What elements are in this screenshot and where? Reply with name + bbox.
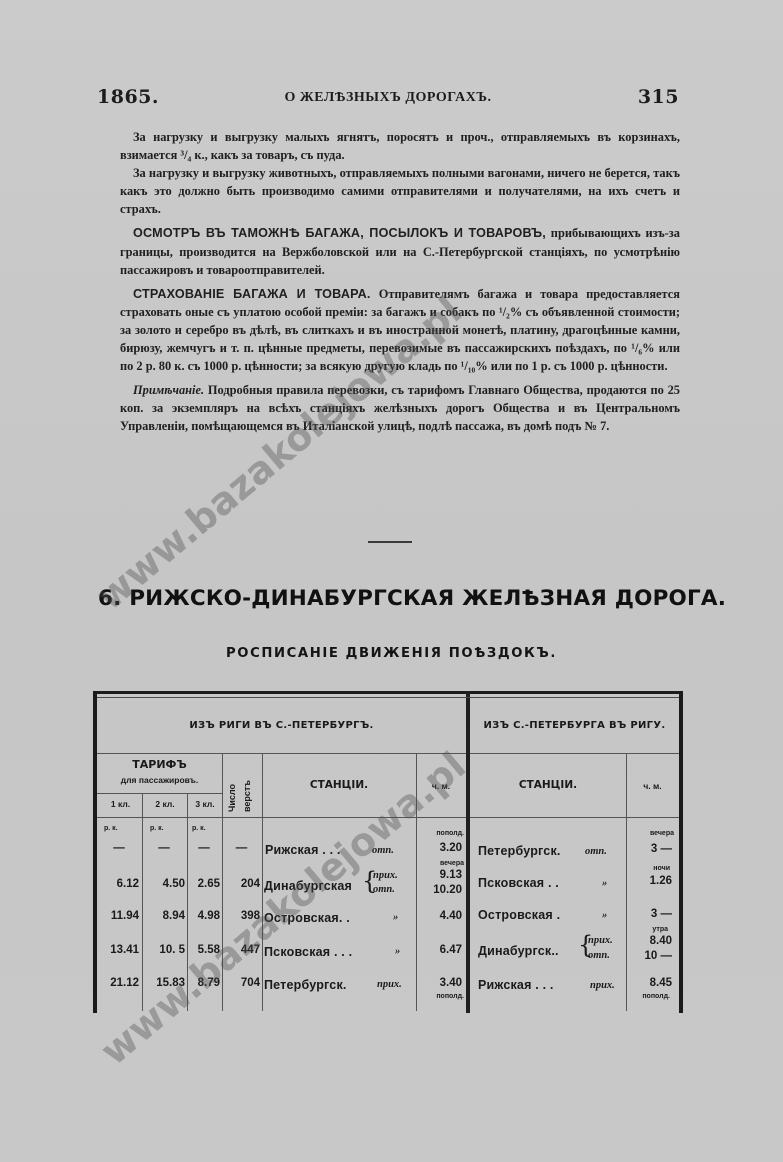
r-row3-time-arr: 8.40	[628, 935, 672, 947]
versts-header-1: Число	[227, 784, 237, 812]
r-row0-time: 3 —	[628, 843, 672, 855]
row3-mark: »	[395, 946, 400, 957]
row4-station: Петербургск.	[264, 978, 347, 992]
row0-versts: —	[223, 842, 260, 854]
row4-note: пополд.	[418, 993, 464, 1000]
row4-time: 3.40	[418, 977, 462, 989]
row1-time-dep: 10.20	[418, 884, 462, 896]
insurance-heading: СТРАХОВАНІЕ БАГАЖА И ТОВАРА.	[133, 287, 371, 301]
table-border-left	[93, 691, 97, 1013]
row2-time: 4.40	[418, 910, 462, 922]
scanned-page: 1865. О ЖЕЛѢЗНЫХЪ ДОРОГАХЪ. 315 За нагру…	[0, 0, 783, 1162]
row0-station: Рижская . . .	[265, 843, 341, 857]
versts-header-2: верстъ	[242, 780, 252, 812]
row0-note: пополд.	[418, 830, 464, 837]
r-row4-station: Рижская . . .	[478, 978, 554, 992]
row1-mark-arr: прих.	[373, 870, 398, 881]
table-rule-tariff	[97, 793, 222, 794]
row3-station: Псковская . . .	[264, 945, 352, 959]
row1-class2: 4.50	[143, 878, 185, 890]
r-row3-mark-arr: прих.	[588, 935, 613, 946]
row0-class3: —	[188, 842, 220, 854]
r-row1-station: Псковская . .	[478, 876, 559, 890]
row2-station: Островская. .	[264, 911, 350, 925]
time-header-left: ч. м.	[416, 781, 466, 791]
col-rule-4	[262, 753, 263, 1011]
row2-class2: 8.94	[143, 910, 185, 922]
table-rule-direction	[97, 753, 466, 754]
row3-class1: 13.41	[99, 944, 139, 956]
right-direction-header: ИЗЪ С.-ПЕТЕРБУРГА ВЪ РИГУ.	[470, 720, 679, 731]
r-row3-note: утра	[628, 926, 668, 933]
row2-mark: »	[393, 912, 398, 923]
body-text: За нагрузку и выгрузку малыхъ ягнятъ, по…	[120, 128, 680, 436]
tariff-header: ТАРИФЪ	[97, 758, 222, 771]
r-row0-station: Петербургск.	[478, 844, 561, 858]
table-rule-header-right	[470, 817, 679, 818]
paragraph-livestock: За нагрузку и выгрузку животныхъ, отправ…	[120, 164, 680, 218]
time-header-right: ч. м.	[626, 781, 679, 791]
row0-mark: отп.	[372, 845, 394, 856]
row3-class3: 5.58	[188, 944, 220, 956]
r-row4-mark: прих.	[590, 980, 615, 991]
header-title: О ЖЕЛѢЗНЫХЪ ДОРОГАХЪ.	[284, 90, 491, 106]
stations-header-right: СТАНЦІИ.	[470, 779, 626, 791]
r-row4-time: 8.45	[628, 977, 672, 989]
unit-class-2: р. к.	[150, 825, 164, 832]
row1-time-arr: 9.13	[418, 869, 462, 881]
r-row3-time-dep: 10 —	[628, 950, 672, 962]
r-row3-mark-dep: отп.	[588, 950, 610, 961]
running-head: 1865. О ЖЕЛѢЗНЫХЪ ДОРОГАХЪ. 315	[97, 86, 679, 110]
table-rule-direction-right	[470, 753, 679, 754]
row4-versts: 704	[223, 977, 260, 989]
table-border-middle	[466, 691, 470, 1013]
paragraph-small-animals: За нагрузку и выгрузку малыхъ ягнятъ, по…	[120, 128, 680, 164]
header-year: 1865.	[97, 86, 159, 108]
row2-class1: 11.94	[99, 910, 139, 922]
row4-class1: 21.12	[99, 977, 139, 989]
r-row0-mark: отп.	[585, 846, 607, 857]
row4-mark: прих.	[377, 979, 402, 990]
customs-heading: ОСМОТРЪ ВЪ ТАМОЖНѢ БАГАЖА, ПОСЫЛОКЪ И ТО…	[133, 226, 546, 240]
class-3-header: 3 кл.	[188, 799, 222, 809]
row3-versts: 447	[223, 944, 260, 956]
unit-class-3: р. к.	[192, 825, 206, 832]
paragraph-customs: ОСМОТРЪ ВЪ ТАМОЖНѢ БАГАЖА, ПОСЫЛОКЪ И ТО…	[120, 224, 680, 278]
note-label: Примѣчаніе.	[133, 383, 204, 397]
table-border-right	[679, 691, 683, 1013]
row1-mark-dep: отп.	[373, 884, 395, 895]
r-row1-time: 1.26	[628, 875, 672, 887]
r-row1-mark: »	[602, 878, 607, 889]
r-row1-note: ночи	[628, 865, 670, 872]
row0-class2: —	[143, 842, 185, 854]
table-inner-rule	[97, 697, 679, 698]
row0-class1: —	[99, 842, 139, 854]
row2-versts: 398	[223, 910, 260, 922]
section-subtitle: РОСПИСАНІЕ ДВИЖЕНІЯ ПОѢЗДОКЪ.	[0, 646, 783, 661]
col-rule-right	[626, 753, 627, 1011]
row4-class3: 8.79	[188, 977, 220, 989]
tariff-subheader: для пассажировъ.	[97, 775, 222, 785]
row0-time: 3.20	[418, 842, 462, 854]
table-rule-header	[97, 817, 466, 818]
col-rule-5	[416, 753, 417, 1011]
row1-class3: 2.65	[188, 878, 220, 890]
r-row2-mark: »	[602, 910, 607, 921]
row1-class1: 6.12	[99, 878, 139, 890]
r-row3-station: Динабургск..	[478, 944, 559, 958]
section-title: 6. РИЖСКО-ДИНАБУРГСКАЯ ЖЕЛѢЗНАЯ ДОРОГА.	[98, 586, 708, 611]
row1-versts: 204	[223, 878, 260, 890]
row3-time: 6.47	[418, 944, 462, 956]
r-row2-station: Островская .	[478, 908, 560, 922]
section-divider	[368, 541, 412, 543]
paragraph-insurance: СТРАХОВАНІЕ БАГАЖА И ТОВАРА. Отправителя…	[120, 285, 680, 375]
page-number: 315	[638, 86, 679, 108]
row3-class2: 10. 5	[143, 944, 185, 956]
r-row4-note: пополд.	[628, 993, 670, 1000]
row1-station: Динабургская	[264, 879, 352, 893]
stations-header-left: СТАНЦІИ.	[262, 779, 416, 791]
row1-note: вечера	[418, 860, 464, 867]
class-1-header: 1 кл.	[99, 799, 142, 809]
row2-class3: 4.98	[188, 910, 220, 922]
unit-class-1: р. к.	[104, 825, 118, 832]
left-direction-header: ИЗЪ РИГИ ВЪ С.-ПЕТЕРБУРГЪ.	[97, 720, 466, 731]
row4-class2: 15.83	[143, 977, 185, 989]
r-row2-time: 3 —	[628, 908, 672, 920]
class-2-header: 2 кл.	[143, 799, 187, 809]
r-row0-note: вечера	[628, 830, 674, 837]
paragraph-note: Примѣчаніе. Подробныя правила перевозки,…	[120, 381, 680, 435]
note-body: Подробныя правила перевозки, съ тарифомъ…	[120, 383, 680, 433]
